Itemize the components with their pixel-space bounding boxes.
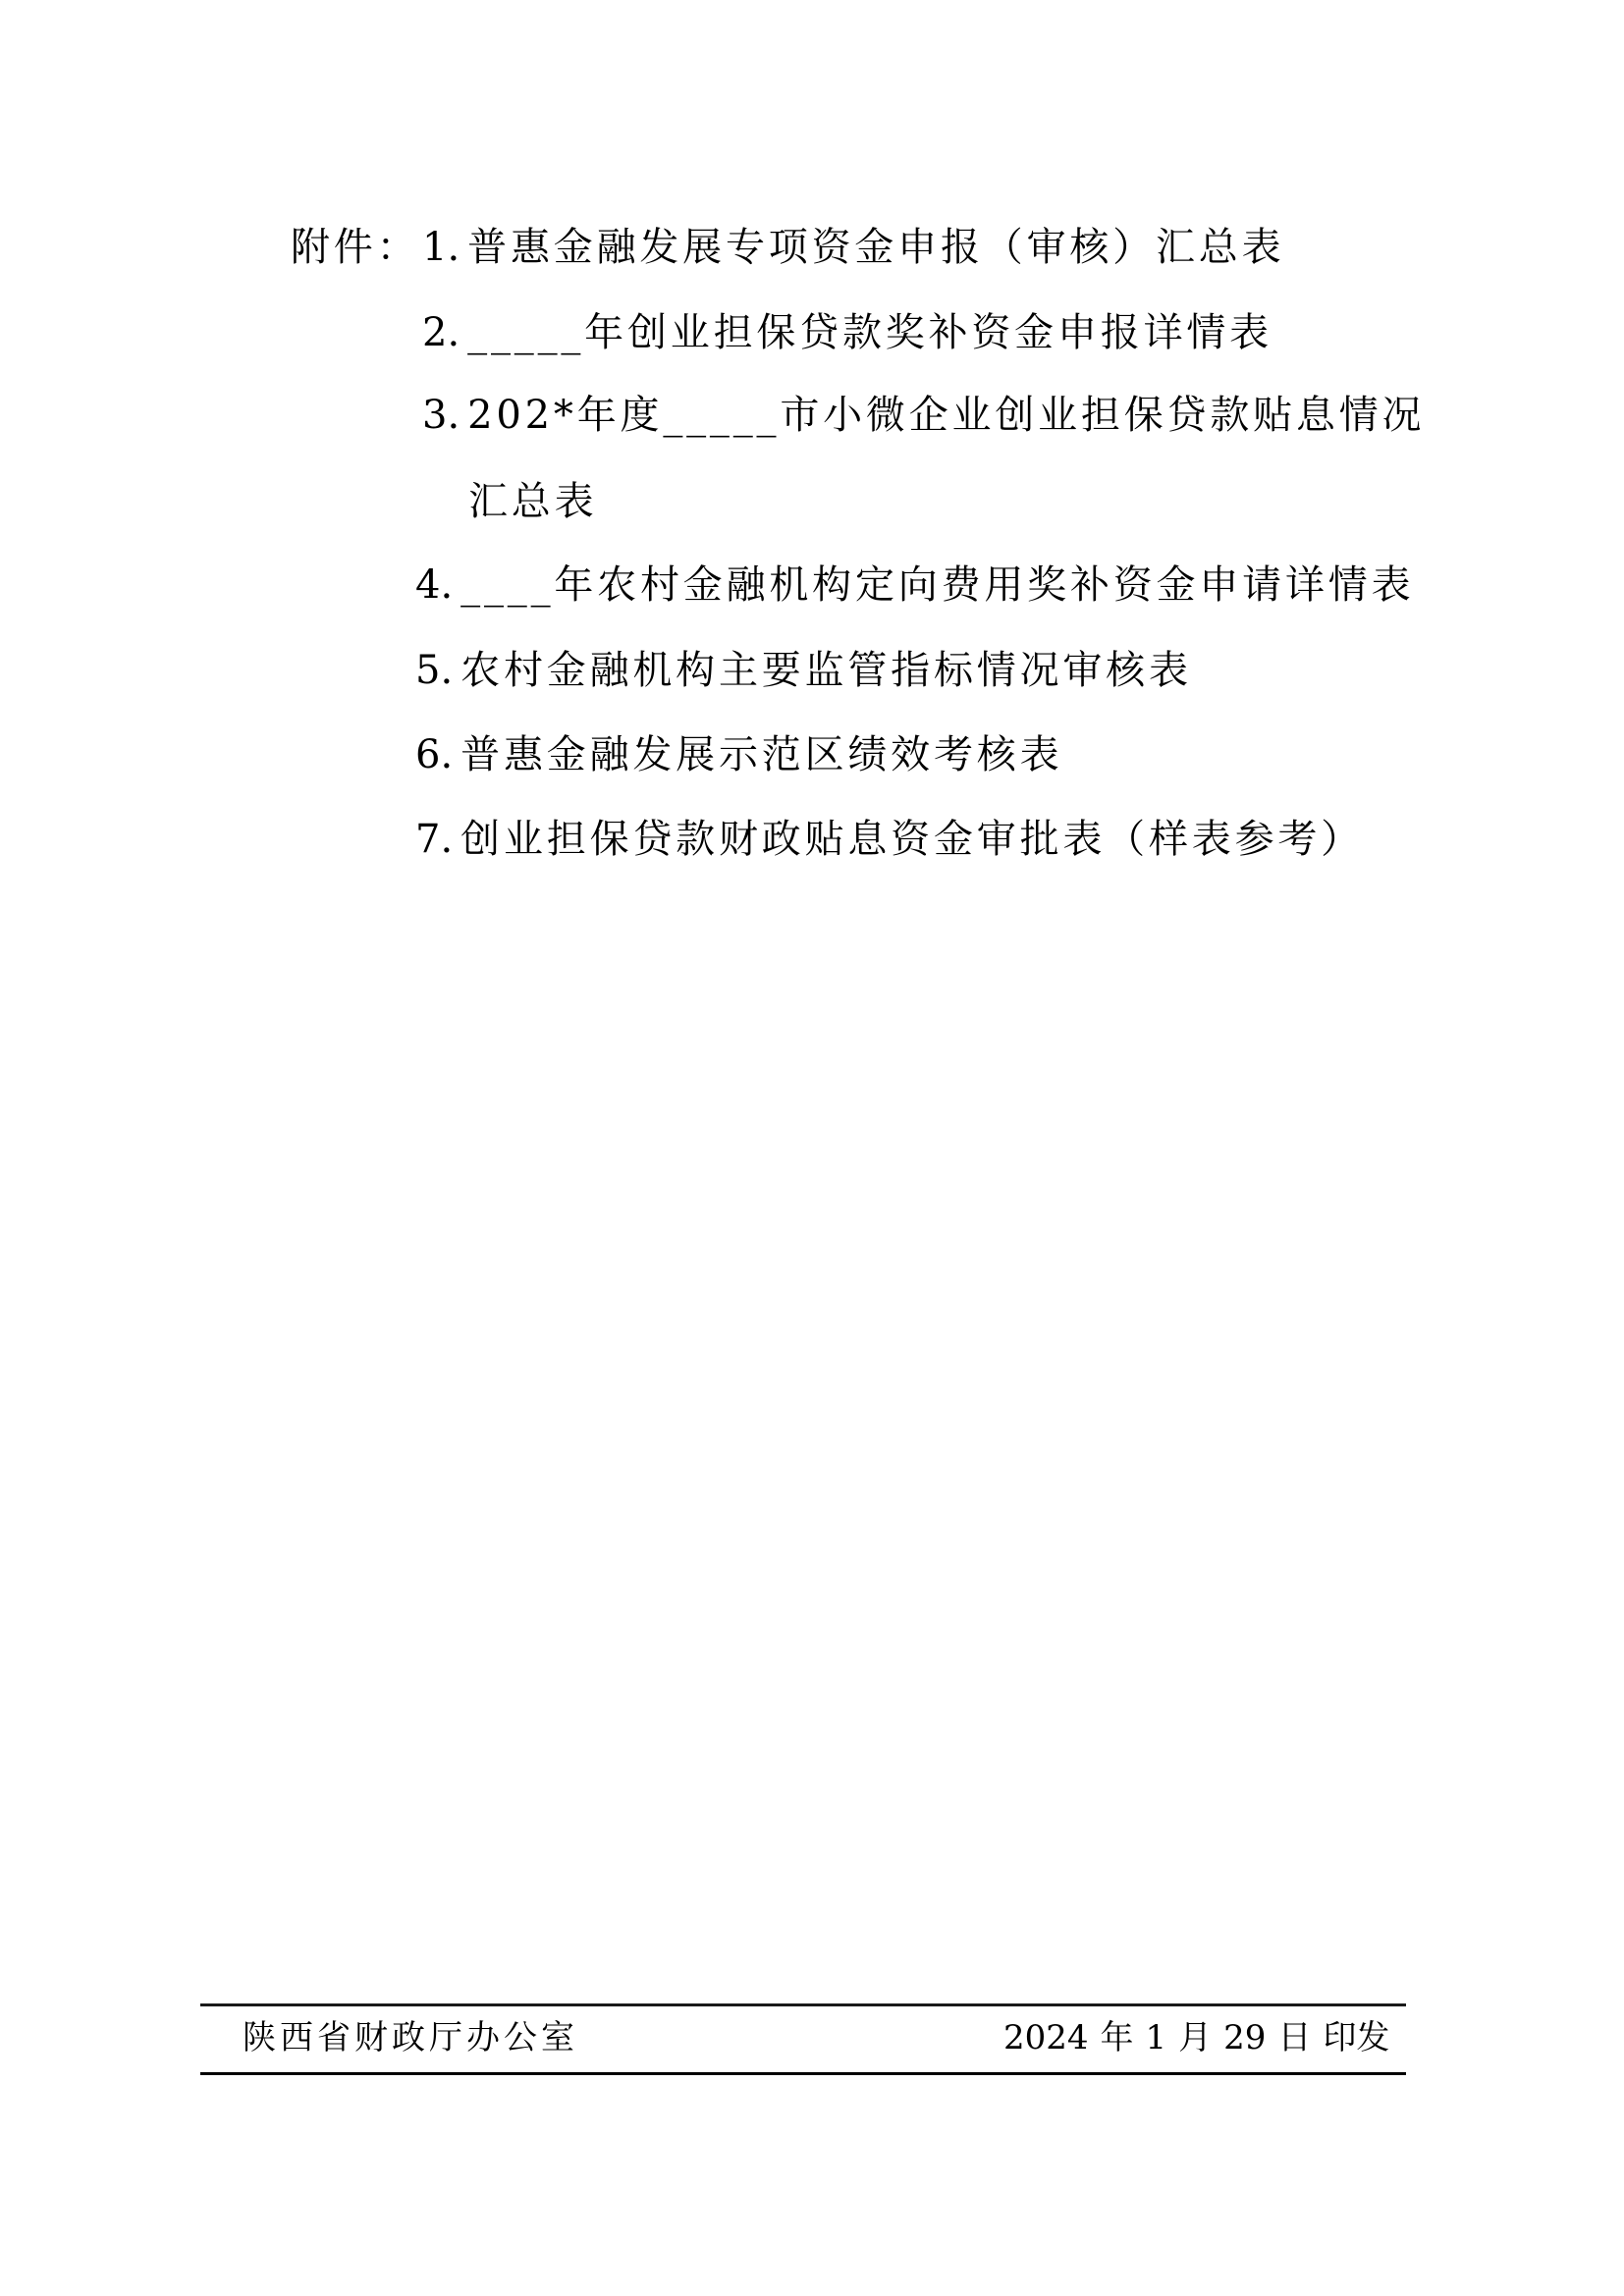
attachment-number: 5. <box>415 648 453 693</box>
attachment-title: 202*年度_____市小微企业创业担保贷款贴息情况 <box>467 393 1425 438</box>
date-suffix: 印发 <box>1323 2018 1389 2057</box>
date-day: 29 <box>1223 2018 1266 2057</box>
footer-top-rule <box>200 2003 1406 2006</box>
footer-bottom-rule <box>200 2072 1406 2075</box>
attachment-number: 6. <box>415 732 453 777</box>
attachment-item-4: 4.____年农村金融机构定向费用奖补资金申请详情表 <box>415 561 1414 609</box>
attachment-item-1: 1.普惠金融发展专项资金申报（审核）汇总表 <box>422 224 1284 271</box>
attachment-number: 2. <box>422 310 460 355</box>
date-day-unit: 日 <box>1277 2018 1311 2057</box>
attachment-item-6: 6.普惠金融发展示范区绩效考核表 <box>415 731 1062 778</box>
attachment-title-continuation: 汇总表 <box>468 479 597 524</box>
attachments-label: 附件： <box>291 224 419 271</box>
date-year-unit: 年 <box>1101 2018 1134 2057</box>
attachment-title: 普惠金融发展专项资金申报（审核）汇总表 <box>467 225 1284 270</box>
date-month-unit: 月 <box>1178 2018 1212 2057</box>
date-year: 2024 <box>1003 2018 1089 2057</box>
attachment-title: 创业担保贷款财政贴息资金审批表（样表参考） <box>460 817 1364 862</box>
attachment-item-3: 3.202*年度_____市小微企业创业担保贷款贴息情况 <box>422 392 1425 439</box>
document-page: 附件： 1.普惠金融发展专项资金申报（审核）汇总表 2._____年创业担保贷款… <box>0 0 1624 2296</box>
attachment-number: 7. <box>415 817 453 862</box>
attachment-number: 4. <box>415 562 453 608</box>
attachment-number: 1. <box>422 225 460 270</box>
attachment-number: 3. <box>422 393 460 438</box>
attachment-title: _____年创业担保贷款奖补资金申报详情表 <box>467 310 1272 355</box>
attachment-title: ____年农村金融机构定向费用奖补资金申请详情表 <box>460 562 1414 608</box>
issue-date: 2024年1月29日印发 <box>1003 2016 1389 2059</box>
attachment-item-2: 2._____年创业担保贷款奖补资金申报详情表 <box>422 309 1272 356</box>
attachment-item-3-continuation: 汇总表 <box>468 478 597 525</box>
attachment-item-7: 7.创业担保贷款财政贴息资金审批表（样表参考） <box>415 816 1364 863</box>
date-month: 1 <box>1146 2018 1167 2057</box>
issuer-name: 陕西省财政厅办公室 <box>243 2016 578 2059</box>
attachment-title: 普惠金融发展示范区绩效考核表 <box>460 732 1062 777</box>
attachment-item-5: 5.农村金融机构主要监管指标情况审核表 <box>415 647 1192 694</box>
attachment-title: 农村金融机构主要监管指标情况审核表 <box>460 648 1192 693</box>
